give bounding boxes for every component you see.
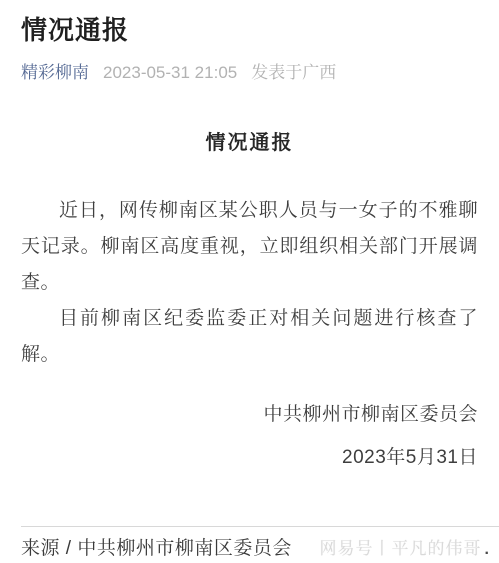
publish-time: 2023-05-31 21:05 [103, 62, 237, 84]
signature-date: 2023年5月31日 [21, 440, 478, 476]
article-page: 情况通报 精彩柳南 2023-05-31 21:05 发表于广西 情况通报 近日… [0, 0, 499, 563]
notice-paragraph: 目前柳南区纪委监委正对相关问题进行核查了解。 [21, 301, 478, 373]
byline: 精彩柳南 2023-05-31 21:05 发表于广西 [21, 62, 478, 84]
author-link[interactable]: 精彩柳南 [21, 62, 89, 84]
footer: 来源 / 中共柳州市柳南区委员会 网易号丨平凡的伟哥 . [21, 526, 499, 561]
watermark: 网易号丨平凡的伟哥 . [320, 534, 489, 559]
signature-block: 中共柳州市柳南区委员会 2023年5月31日 [21, 397, 478, 476]
publish-location: 发表于广西 [251, 62, 336, 84]
notice-title: 情况通报 [21, 129, 478, 157]
notice-body: 近日，网传柳南区某公职人员与一女子的不雅聊天记录。柳南区高度重视，立即组织相关部… [21, 193, 478, 373]
divider [21, 526, 499, 527]
source-label: 来源 / 中共柳州市柳南区委员会 [21, 537, 292, 561]
watermark-text: 网易号丨平凡的伟哥 [320, 534, 482, 559]
watermark-dot: . [485, 541, 489, 559]
signature-org: 中共柳州市柳南区委员会 [21, 397, 478, 433]
notice-paragraph: 近日，网传柳南区某公职人员与一女子的不雅聊天记录。柳南区高度重视，立即组织相关部… [21, 193, 478, 301]
page-title: 情况通报 [21, 14, 478, 46]
